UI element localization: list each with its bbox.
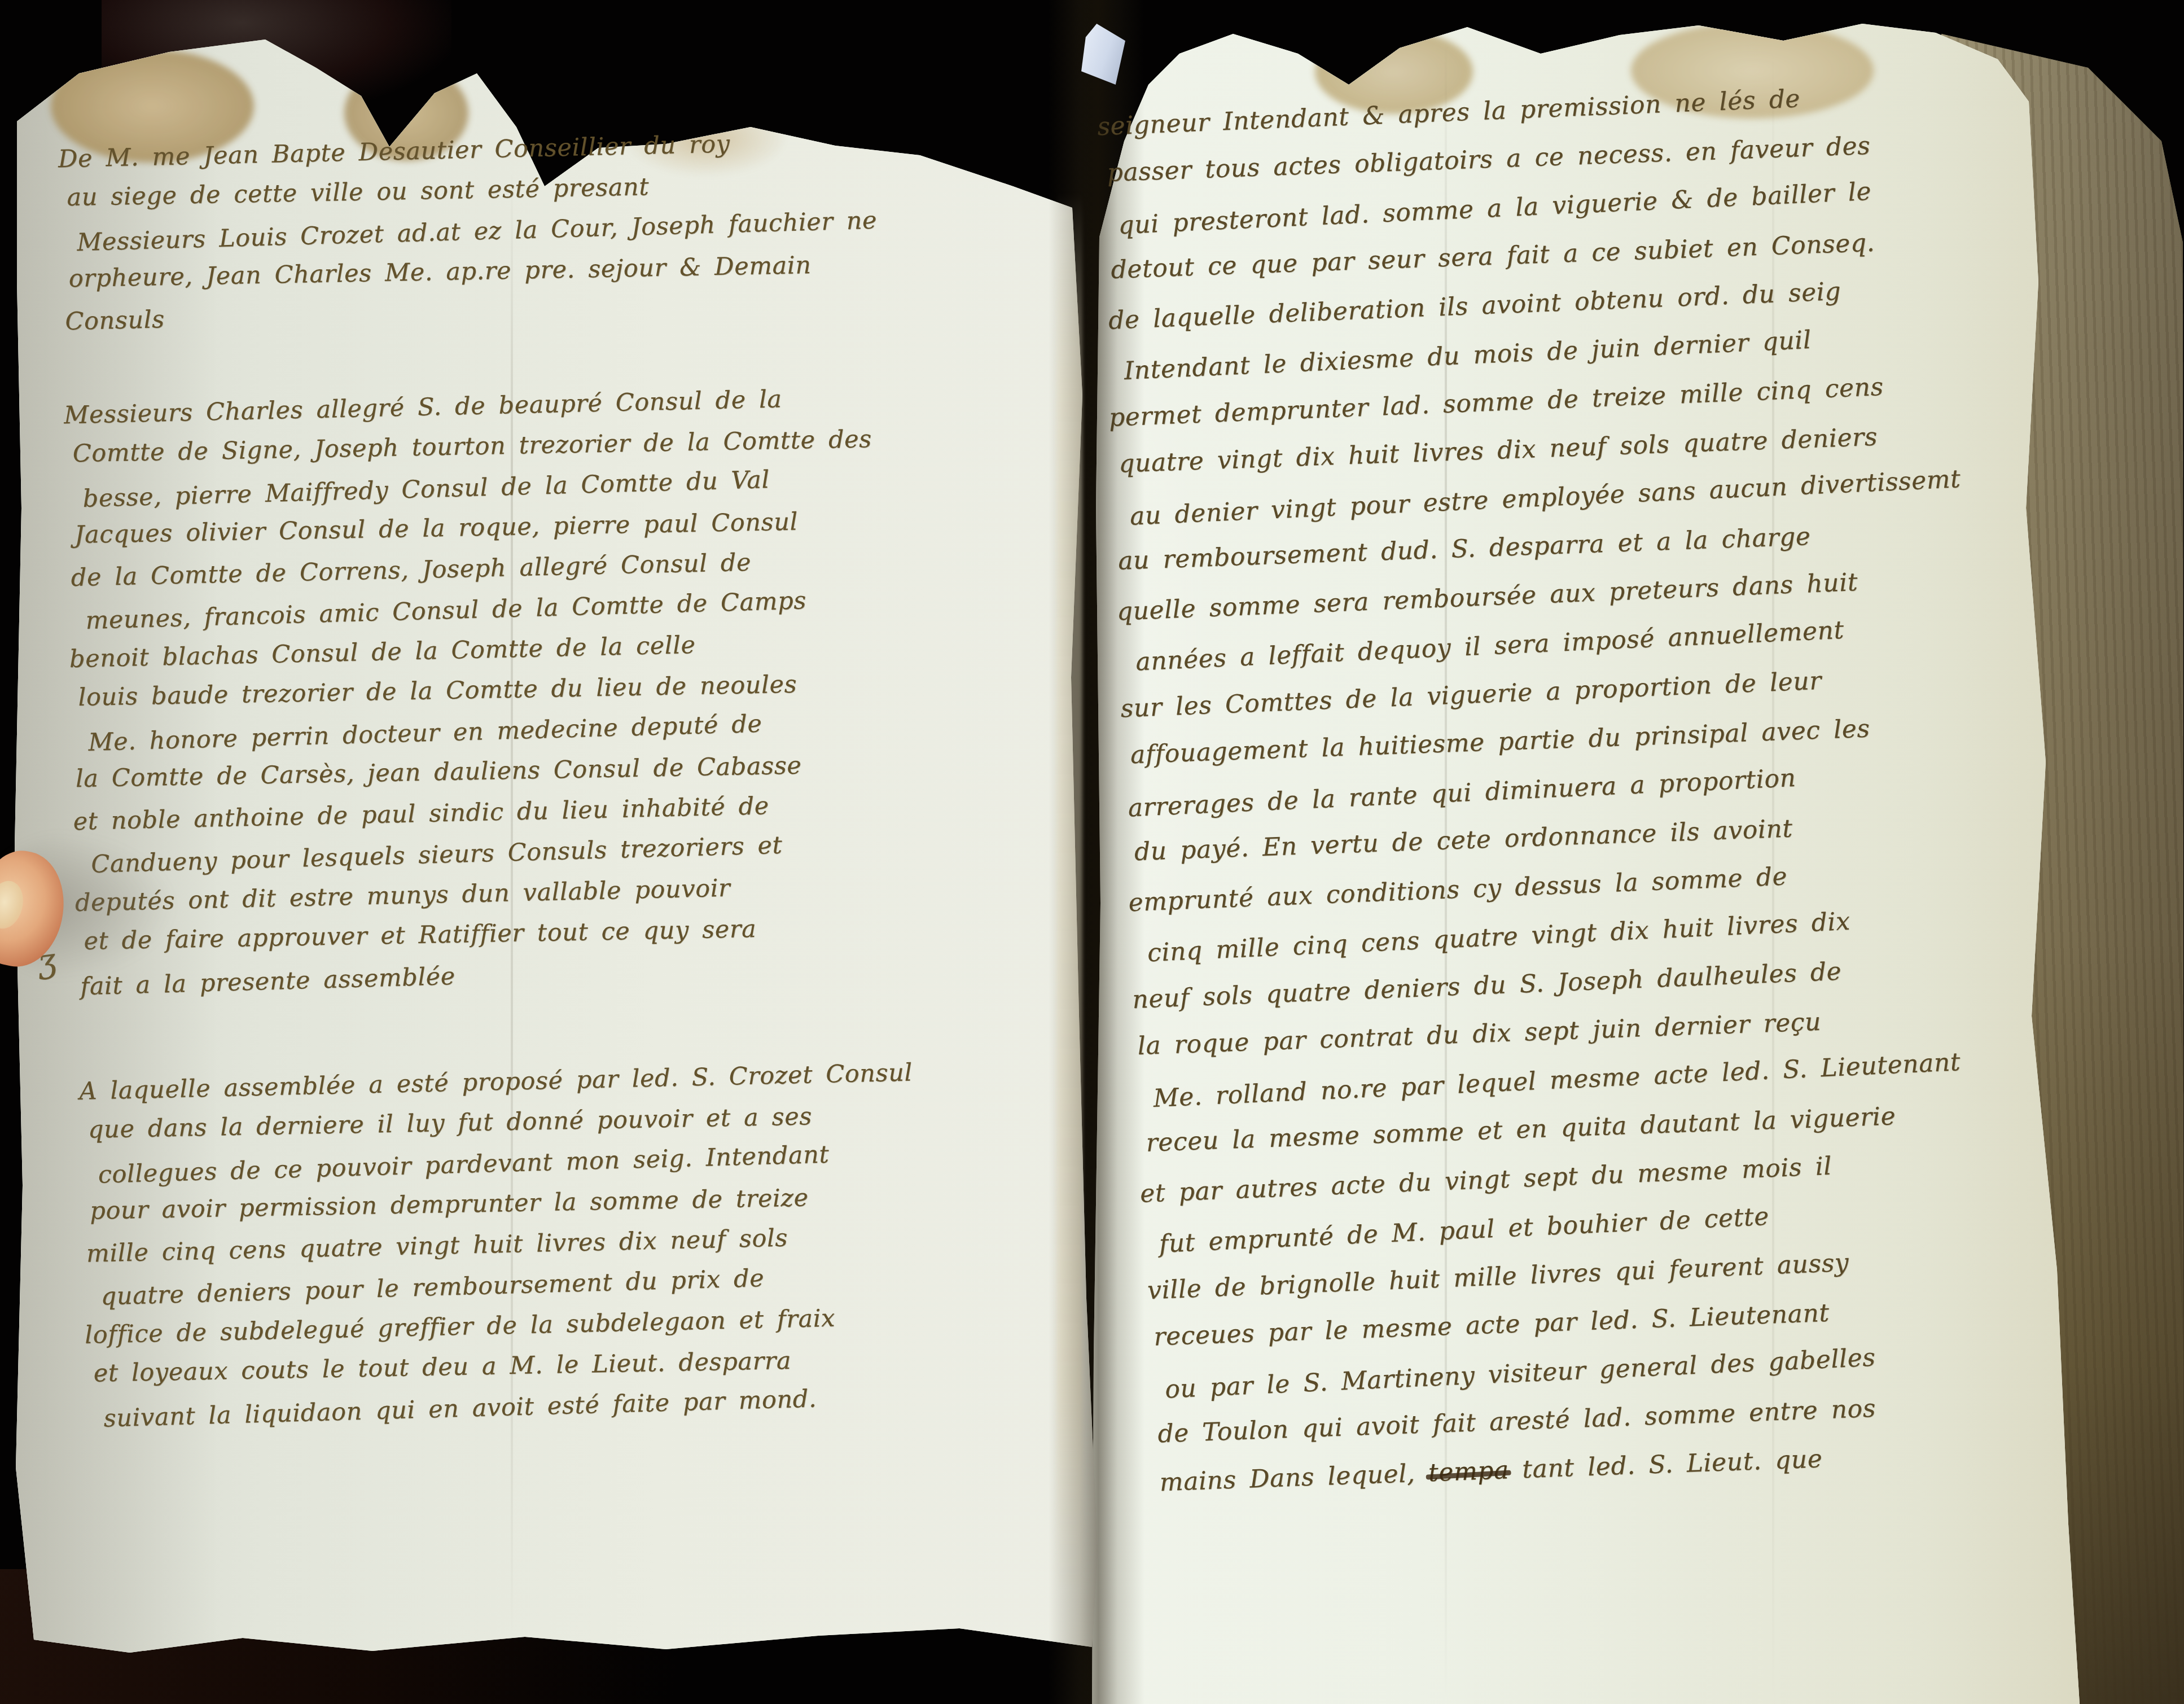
left-page-paragraph-3: A laquelle assemblée a esté proposé par … bbox=[79, 1049, 1080, 1437]
right-page-lines: seigneur Intendant & apres la premission… bbox=[1097, 65, 2087, 1461]
photo-open-manuscript-book: seigneur Intendant & apres la premission… bbox=[0, 0, 2184, 1704]
line-pre-text: mains Dans lequel, bbox=[1159, 1458, 1429, 1497]
left-page-paragraph-2: Messieurs Charles allegré S. de beaupré … bbox=[63, 373, 1070, 1005]
left-page-handwriting: De M. me Jean Bapte Desautier Conseillie… bbox=[58, 116, 1080, 1436]
right-page-handwriting: seigneur Intendant & apres la premission… bbox=[1097, 65, 2089, 1510]
line-post-text: tant led. S. Lieut. que bbox=[1508, 1444, 1823, 1484]
left-page-paragraph-1: De M. me Jean Bapte Desautier Conseillie… bbox=[58, 116, 1055, 342]
struck-out-word: tempa bbox=[1428, 1456, 1510, 1487]
book-gutter-shadow bbox=[1049, 0, 1144, 1704]
